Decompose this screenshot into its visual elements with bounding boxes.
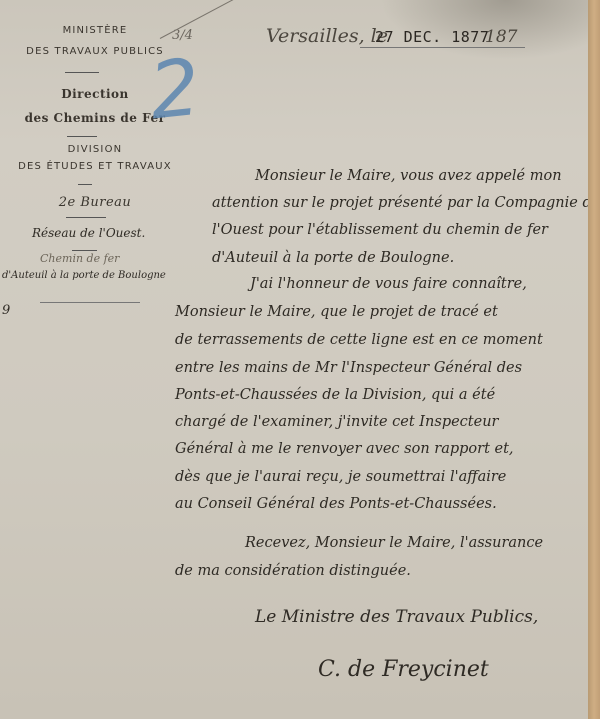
divider-rule [67,136,97,137]
ministry-line1: MINISTÈRE [0,25,190,36]
body-line: Général à me le renvoyer avec son rappor… [175,441,514,457]
date-underline [360,47,525,48]
body-line: Ponts-et-Chaussées de la Division, qui a… [175,387,495,403]
subject-line1: Chemin de fer [40,252,119,265]
divider-rule [40,302,140,303]
letter-page: MINISTÈRE DES TRAVAUX PUBLICS Direction … [0,0,588,719]
signatory-title: Le Ministre des Travaux Publics, [255,607,538,627]
body-line: chargé de l'examiner, j'invite cet Inspe… [175,414,498,430]
margin-mark: 9 [2,303,10,318]
divider-rule [78,184,92,185]
blue-crayon-number: 2 [145,43,204,138]
closing-line2: de ma considération distinguée. [175,563,411,579]
body-line: Monsieur le Maire, que le projet de trac… [175,304,498,320]
body-line: J'ai l'honneur de vous faire connaître, [250,276,527,292]
divider-rule [66,217,106,218]
dateline-year: 187 [485,27,517,47]
backing-board [588,0,600,719]
body-line: Monsieur le Maire, vous avez appelé mon [255,168,562,184]
body-line: l'Ouest pour l'établissement du chemin d… [212,222,548,238]
bureau-label: 2e Bureau [0,195,190,210]
subject-line2: d'Auteuil à la porte de Boulogne [2,270,166,281]
reseau-label: Réseau de l'Ouest. [32,226,145,240]
date-stamp: 27 DEC. 1877 [375,28,489,46]
body-line: d'Auteuil à la porte de Boulogne. [212,250,454,266]
division-line1: DIVISION [0,144,190,155]
body-line: entre les mains de Mr l'Inspecteur Génér… [175,360,522,376]
dateline-place: Versailles, le [266,25,388,47]
pencil-stroke [160,0,236,39]
divider-rule [72,250,97,251]
body-line: au Conseil Général des Ponts-et-Chaussée… [175,496,497,512]
body-line: dès que je l'aurai reçu, je soumettrai l… [175,469,506,485]
signature: C. de Freycinet [318,657,489,682]
division-line2: DES ÉTUDES ET TRAVAUX [0,161,190,172]
closing-line1: Recevez, Monsieur le Maire, l'assurance [245,535,543,551]
body-line: attention sur le projet présenté par la … [212,195,600,211]
ornament-rule [65,72,99,73]
body-line: de terrassements de cette ligne est en c… [175,332,543,348]
